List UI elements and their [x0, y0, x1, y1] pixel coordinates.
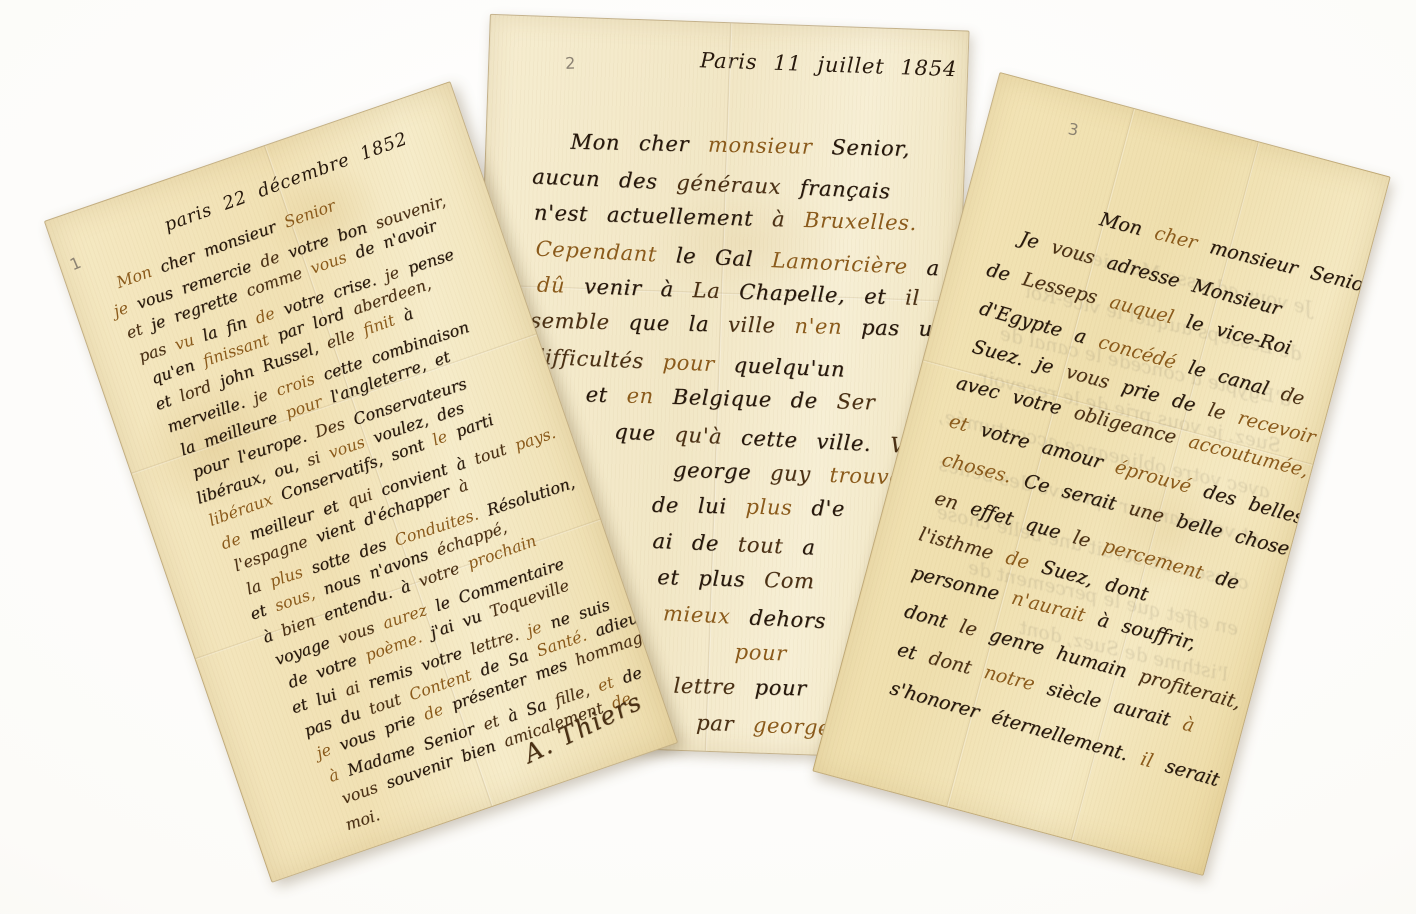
handwriting-word: en: [932, 487, 961, 515]
handwriting-word: de: [790, 388, 818, 413]
handwriting-word: le: [433, 592, 453, 615]
handwriting-word: je: [314, 740, 334, 763]
handwriting-word: belle: [1174, 510, 1225, 543]
handwriting-word: lui: [698, 494, 727, 519]
handwriting-word: le: [1206, 399, 1228, 425]
handwriting-word: quelqu'un: [734, 353, 846, 382]
handwriting-word: elle: [323, 324, 357, 352]
handwriting-word: pas: [860, 315, 899, 340]
handwriting-word: ville: [727, 313, 775, 338]
handwriting-word: Je: [1017, 227, 1041, 253]
handwriting-word: dont: [902, 600, 950, 633]
handwriting-word: le: [1184, 311, 1206, 337]
handwriting-word: de: [691, 531, 719, 556]
handwriting-word: Cependant: [535, 237, 658, 267]
handwriting-word: a: [802, 535, 816, 560]
handwriting-word: cette: [740, 426, 798, 453]
handwriting-word: et: [289, 694, 310, 717]
handwriting-word: une: [1126, 497, 1166, 527]
handwriting-word: je: [111, 297, 131, 320]
handwriting-word: chose: [1233, 525, 1292, 560]
handwriting-word: qu'à: [674, 422, 723, 448]
handwriting-word: aucun: [532, 164, 601, 191]
handwriting-word: de: [285, 667, 310, 691]
handwriting-word: Com: [764, 568, 815, 593]
handwriting-word: vu: [172, 329, 196, 353]
handwriting-word: le: [675, 243, 697, 268]
handwriting-word: et: [320, 495, 341, 518]
handwriting-word: si: [304, 447, 323, 469]
handwriting-word: je: [148, 311, 168, 334]
handwriting-word: de: [421, 699, 446, 724]
handwriting-word: george: [673, 458, 752, 485]
handwriting-word: à: [260, 625, 275, 646]
handwriting-word: Ce: [1022, 470, 1053, 498]
handwriting-word: il: [1138, 748, 1156, 772]
handwriting-word: que: [614, 419, 656, 445]
handwriting-word: vu: [459, 606, 484, 630]
handwriting-word: monsieur: [708, 133, 813, 159]
handwriting-word: la: [244, 575, 264, 598]
handwriting-word: en: [626, 384, 654, 409]
handwriting-word: n'en: [794, 314, 842, 339]
handwriting-word: à: [400, 303, 415, 324]
handwriting-word: vous: [1063, 361, 1111, 394]
handwriting-word: j'ai: [427, 616, 456, 642]
handwriting-word: il: [905, 286, 921, 310]
handwriting-word: Bruxelles.: [804, 208, 918, 235]
handwriting-word: je: [251, 385, 271, 408]
handwriting-word: à: [1095, 609, 1111, 633]
handwriting-word: a: [926, 256, 940, 281]
handwriting-word: votre: [1010, 386, 1064, 420]
handwriting-line: Mon cher monsieur Senior,: [570, 124, 955, 168]
handwriting-word: la: [688, 312, 709, 336]
handwriting-word: je: [1034, 353, 1056, 379]
handwriting-word: pour: [663, 350, 716, 376]
handwriting-word: plus: [745, 495, 792, 520]
handwriting-word: Mon: [1097, 208, 1144, 240]
handwriting-word: la: [177, 436, 197, 459]
handwriting-word: à: [772, 207, 786, 231]
handwriting-word: pour: [734, 640, 787, 666]
handwriting-word: Suez,: [1039, 556, 1095, 591]
handwriting-word: à: [397, 576, 412, 597]
handwriting-word: Gal: [714, 245, 753, 271]
handwriting-word: Belgique: [672, 385, 772, 412]
handwriting-word: vous: [1049, 236, 1097, 269]
handwriting-word: notre: [982, 661, 1038, 695]
handwriting-word: à: [455, 475, 470, 496]
photo-of-three-handwritten-letters: 2 Paris 11 juillet 1854 Mon cher monsieu…: [0, 0, 1416, 914]
handwriting-word: de: [1170, 389, 1198, 416]
handwriting-word: votre: [978, 419, 1032, 454]
handwriting-word: Mon: [570, 130, 620, 155]
handwriting-word: de: [1213, 567, 1242, 595]
handwriting-word: lettre: [673, 674, 736, 699]
handwriting-word: de: [1278, 383, 1307, 411]
handwriting-word: dont: [926, 647, 974, 679]
handwriting-word: a: [1072, 324, 1089, 348]
handwriting-word: ai: [652, 529, 673, 554]
handwriting-word: cher: [639, 131, 690, 156]
handwriting-word: serait: [1060, 480, 1119, 515]
handwriting-word: plus: [698, 566, 746, 591]
handwriting-word: des: [1201, 480, 1239, 510]
handwriting-word: à: [660, 277, 674, 301]
handwriting-word: serait: [1163, 755, 1222, 791]
handwriting-word: prie: [1119, 376, 1162, 407]
handwriting-word: et: [152, 390, 173, 413]
pencil-page-number: 2: [565, 54, 576, 73]
handwriting-word: lui: [314, 685, 339, 709]
handwriting-word: guy: [770, 461, 812, 486]
handwriting-word: de: [352, 238, 377, 262]
handwriting-word: de: [1003, 547, 1031, 574]
handwriting-word: effet: [968, 497, 1016, 530]
handwriting-word: avec: [954, 372, 1002, 404]
handwriting-word: george: [752, 713, 831, 740]
handwriting-word: dû: [537, 273, 566, 298]
handwriting-word: que: [1023, 513, 1063, 544]
handwriting-word: actuellement: [606, 203, 753, 231]
handwriting-word: et: [657, 565, 680, 590]
handwriting-word: le: [957, 615, 980, 641]
handwriting-word: le: [1186, 356, 1209, 382]
handwriting-word: mieux: [662, 601, 731, 628]
handwriting-word: des: [618, 168, 658, 194]
handwriting-word: ville.: [816, 429, 872, 456]
handwriting-word: et: [431, 346, 452, 369]
handwriting-word: la: [200, 322, 220, 345]
handwriting-word: cher: [1152, 222, 1199, 254]
handwriting-word: n'est: [533, 201, 588, 227]
handwriting-word: d'e: [811, 496, 845, 521]
handwriting-word: Suez.: [970, 336, 1026, 371]
handwriting-word: le: [430, 427, 450, 450]
handwriting-word: dehors: [749, 605, 827, 633]
handwriting-word: à: [505, 704, 520, 725]
letter-dateline: Paris 11 juillet 1854: [489, 41, 958, 81]
handwriting-word: à: [326, 764, 341, 785]
handwriting-word: aurait: [1111, 695, 1172, 731]
handwriting-word: La: [692, 278, 721, 303]
handwriting-word: par: [696, 710, 735, 736]
handwriting-word: que: [628, 310, 670, 335]
handwriting-word: Senior,: [831, 135, 910, 161]
handwriting-word: de: [984, 259, 1012, 286]
handwriting-word: siècle: [1045, 678, 1104, 713]
handwriting-word: de: [219, 528, 244, 552]
handwriting-word: Ser: [836, 389, 875, 414]
pencil-page-number: 1: [67, 253, 84, 274]
handwriting-word: venir: [584, 274, 643, 300]
handwriting-word: généraux: [676, 170, 782, 198]
handwriting-word: semble: [529, 308, 609, 334]
handwriting-word: français: [799, 176, 891, 204]
handwriting-word: à: [1180, 713, 1197, 737]
handwriting-word: dont: [1103, 573, 1151, 606]
handwriting-word: et: [947, 410, 971, 436]
handwriting-word: Senior: [1308, 262, 1375, 299]
handwriting-word: tout: [737, 532, 784, 558]
handwriting-word: et: [864, 284, 887, 309]
handwriting-word: et: [585, 382, 608, 407]
handwriting-word: et: [895, 639, 919, 665]
handwriting-word: Chapelle,: [739, 280, 846, 308]
handwriting-word: de: [652, 493, 680, 518]
handwriting-word: et: [124, 319, 145, 342]
handwriting-word: le: [1070, 526, 1093, 552]
handwriting-word: pour: [754, 675, 807, 700]
handwriting-word: auquel: [1107, 291, 1176, 329]
handwriting-word: et: [248, 600, 269, 623]
handwriting-word: ai: [343, 677, 363, 700]
handwriting-word: Lamoricière: [771, 248, 908, 279]
